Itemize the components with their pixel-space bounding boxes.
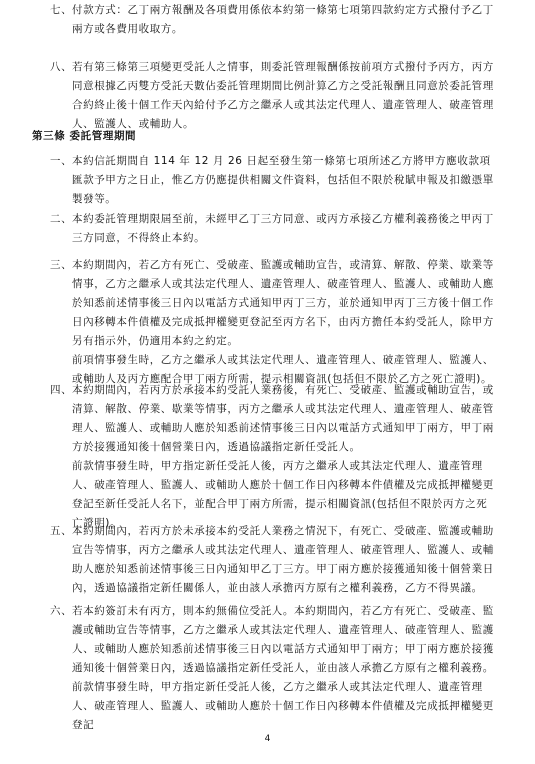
clause-7-payment: 七、 付款方式：乙丁兩方報酬及各項費用係依本約第一條第七項第四款約定方式撥付予乙… [50,1,495,39]
section-item-3: 三、 本約期間內，若乙方有死亡、受破產、監護或輔助宣告，或清算、解散、停業、歇業… [50,256,495,389]
paragraph: 前款情事發生時，甲方指定新任受託人後，乙方之繼承人或其法定代理人、遺產管理人、破… [72,678,495,735]
item-number: 四、 [50,381,72,400]
item-number: 七、 [50,1,72,20]
document-page: 七、 付款方式：乙丁兩方報酬及各項費用係依本約第一條第七項第四款約定方式撥付予乙… [0,0,535,764]
paragraph: 本約期間內，若丙方於未承接本約受託人業務之情況下，有死亡、受破產、監護或輔助宣告… [72,522,495,598]
section-item-6: 六、 若本約簽訂未有丙方，則本約無備位受託人。本約期間內，若乙方有死亡、受破產、… [50,602,495,735]
paragraph: 付款方式：乙丁兩方報酬及各項費用係依本約第一條第七項第四款約定方式撥付予乙丁兩方… [72,1,495,39]
section-item-5: 五、 本約期間內，若丙方於未承接本約受託人業務之情況下，有死亡、受破產、監護或輔… [50,522,495,598]
section-item-2: 二、 本約委託管理期限屆至前，未經甲乙丁三方同意、或丙方承接乙方權利義務後之甲丙… [50,210,495,248]
clause-8-trustee-change: 八、 若有第三條第三項變更受託人之情事，則委託管理報酬係按前項方式撥付予丙方，丙… [50,58,495,134]
section-item-4: 四、 本約期間內，若丙方於承接本約受託人業務後，有死亡、受破產、監護或輔助宣告，… [50,381,495,533]
item-number: 八、 [50,58,72,77]
paragraph: 本約委託管理期限屆至前，未經甲乙丁三方同意、或丙方承接乙方權利義務後之甲丙丁三方… [72,210,495,248]
paragraph: 若本約簽訂未有丙方，則本約無備位受託人。本約期間內，若乙方有死亡、受破產、監護或… [72,602,495,678]
item-number: 二、 [50,210,72,229]
item-number: 一、 [50,152,72,171]
paragraph: 本約期間內，若乙方有死亡、受破產、監護或輔助宣告，或清算、解散、停業、歇業等情事… [72,256,495,351]
item-number: 三、 [50,256,72,275]
item-number: 六、 [50,602,72,621]
page-number: 4 [0,734,535,744]
paragraph: 本約期間內，若丙方於承接本約受託人業務後，有死亡、受破產、監護或輔助宣告，或清算… [72,381,495,457]
item-number: 五、 [50,522,72,541]
section-heading: 第三條 委託管理期間 [32,128,136,143]
paragraph: 本約信託期間自 114 年 12 月 26 日起至發生第一條第七項所述乙方將甲方… [72,152,495,209]
paragraph: 若有第三條第三項變更受託人之情事，則委託管理報酬係按前項方式撥付予丙方，丙方同意… [72,58,495,134]
section-item-1: 一、 本約信託期間自 114 年 12 月 26 日起至發生第一條第七項所述乙方… [50,152,495,209]
